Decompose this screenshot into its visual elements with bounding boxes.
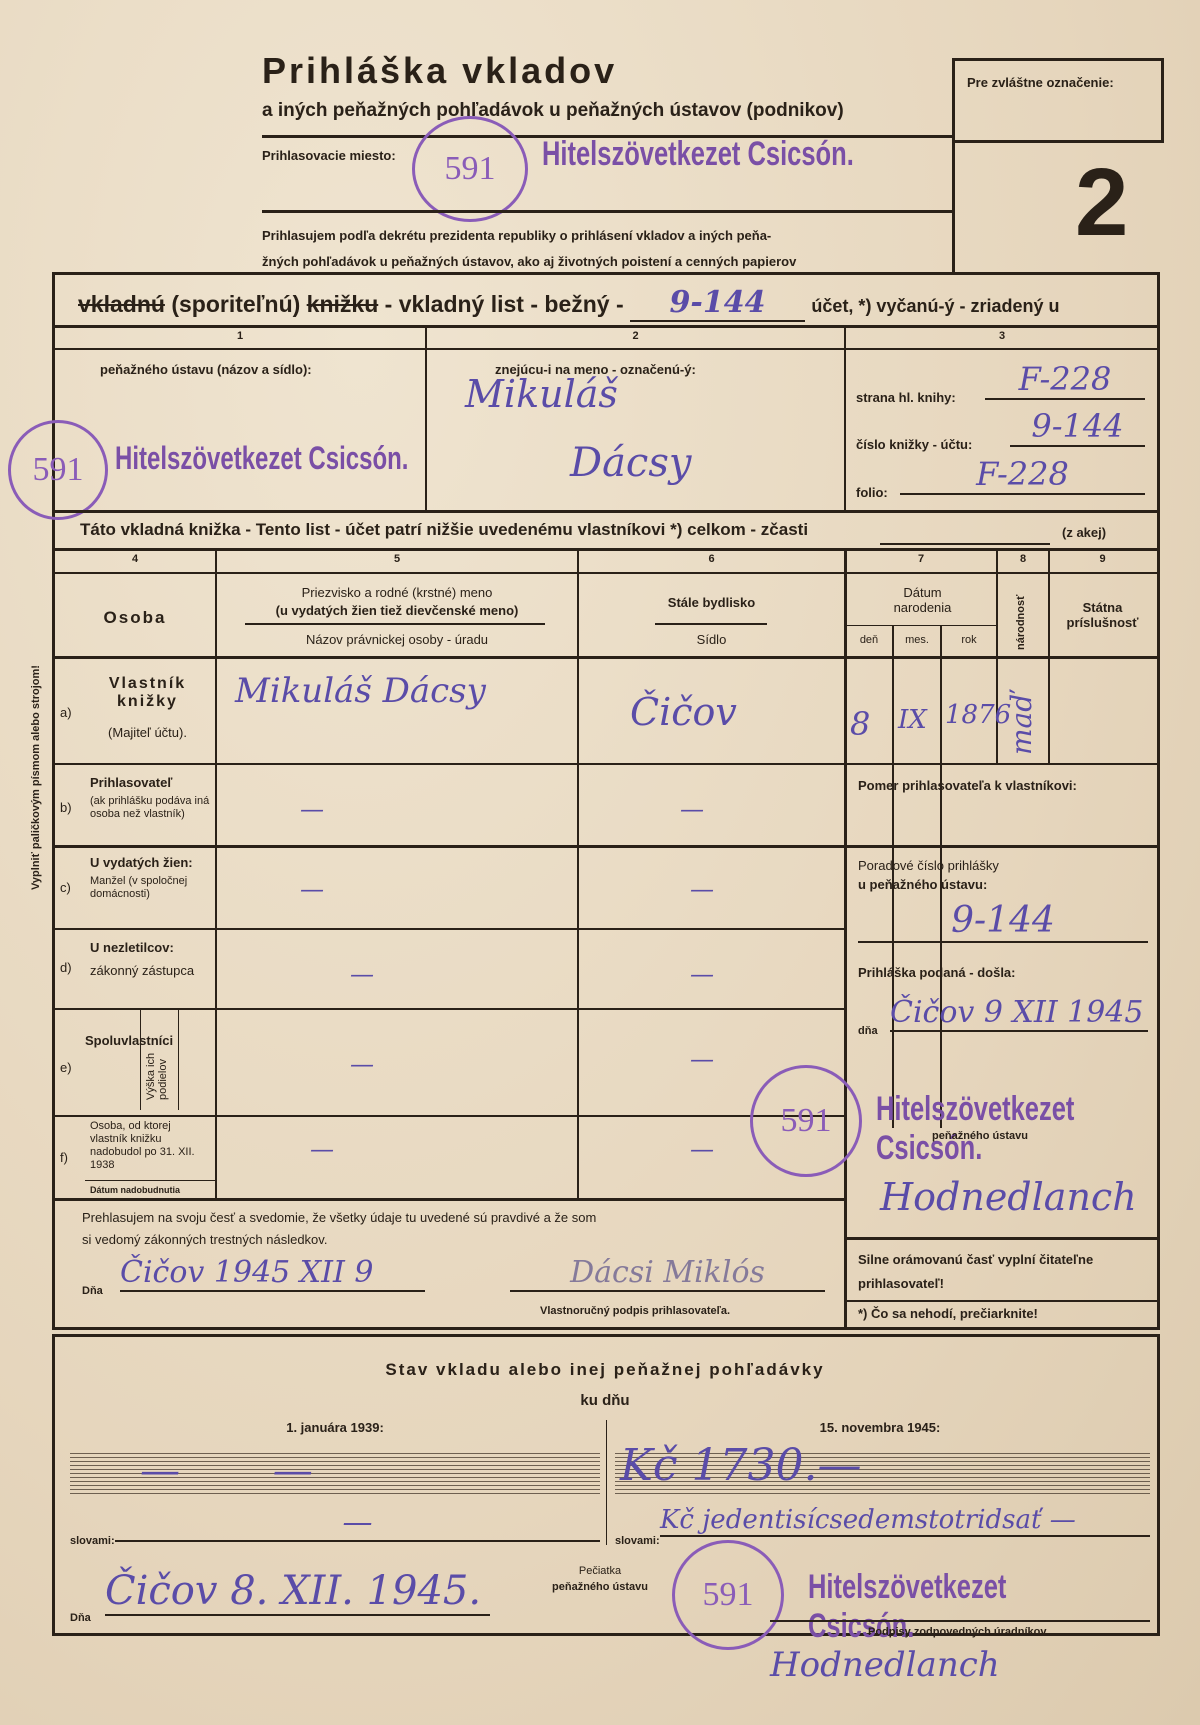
right-stamp-text: Hitelszövetkezet Csicsón. bbox=[876, 1090, 1119, 1168]
official-signature[interactable]: Hodnedlanch bbox=[880, 1175, 1137, 1219]
amount-left-value: — — bbox=[140, 1448, 353, 1494]
coowner-name-field[interactable]: — bbox=[350, 1050, 374, 1078]
header-name-line2: (u vydatých žien tiež dievčenské meno) bbox=[217, 603, 577, 618]
header-month: mes. bbox=[894, 634, 940, 646]
stamp-circle: 591 bbox=[412, 116, 528, 222]
divider bbox=[55, 325, 1158, 328]
divider bbox=[606, 1420, 607, 1545]
divider bbox=[55, 656, 1158, 659]
divider bbox=[655, 623, 767, 625]
divider bbox=[85, 1180, 215, 1181]
struck-text: vkladnú bbox=[78, 291, 165, 317]
nationality-field[interactable]: maď bbox=[1005, 665, 1038, 755]
row-label-applicant: Prihlasovateľ bbox=[90, 775, 215, 790]
officials-caption: Podpisy zodpovedných úradníkov bbox=[868, 1626, 1046, 1638]
form-subtitle: a iných peňažných pohľadávok u peňažných… bbox=[262, 100, 844, 122]
row-letter: e) bbox=[60, 1060, 72, 1075]
stamp-circle: 591 bbox=[672, 1540, 784, 1650]
column-number: 4 bbox=[55, 553, 215, 565]
ledger-book-field[interactable]: 9-144 bbox=[1010, 407, 1145, 447]
row-letter: f) bbox=[60, 1150, 68, 1165]
acquisition-date-label: Dátum nadobudnutia bbox=[90, 1185, 180, 1195]
header-birth-date: Dátum narodenia bbox=[880, 585, 965, 615]
side-note: Vyplniť paličkovým písmom alebo strojom! bbox=[30, 530, 42, 890]
ledger-page-field[interactable]: F-228 bbox=[985, 360, 1145, 400]
footnote: *) Čo sa nehodí, prečiarknite! bbox=[858, 1306, 1038, 1321]
applicant-signature[interactable]: Dácsi Miklós bbox=[510, 1255, 825, 1292]
spouse-residence-field[interactable]: — bbox=[690, 875, 714, 903]
row-sublabel-spouse: Manžel (v spoločnej domácnosti) bbox=[90, 875, 208, 901]
divider bbox=[178, 1010, 179, 1110]
affirmation-date-field[interactable]: Čičov 1945 XII 9 bbox=[120, 1255, 425, 1292]
divider bbox=[140, 1010, 141, 1110]
row-letter: b) bbox=[60, 800, 72, 815]
divider bbox=[55, 763, 1158, 765]
column-number: 6 bbox=[579, 553, 844, 565]
ledger-page-label: strana hl. knihy: bbox=[856, 390, 956, 405]
stamp-number: 591 bbox=[445, 150, 496, 188]
stamp-circle: 591 bbox=[8, 420, 108, 520]
ownership-suffix: (z akej) bbox=[1062, 525, 1106, 540]
account-line: vkladnú (sporiteľnú) knižku - vkladný li… bbox=[78, 285, 1060, 322]
header-name-line1: Priezvisko a rodné (krstné) meno bbox=[217, 585, 577, 600]
registration-place-label: Prihlasovacie miesto: bbox=[262, 148, 396, 163]
guardian-name-field[interactable]: — bbox=[350, 960, 374, 988]
serial-label-2: u peňažného ústavu: bbox=[858, 877, 987, 892]
row-sublabel-minor: zákonný zástupca bbox=[90, 962, 208, 979]
spouse-name-field[interactable]: — bbox=[300, 875, 324, 903]
divider bbox=[880, 543, 1050, 545]
section-number: 3 bbox=[846, 330, 1158, 342]
guardian-residence-field[interactable]: — bbox=[690, 960, 714, 988]
header-citizenship: Státna príslušnosť bbox=[1050, 600, 1155, 630]
divider bbox=[846, 1237, 1158, 1240]
relation-label: Pomer prihlasovateľa k vlastníkovi: bbox=[858, 778, 1077, 793]
column-number: 8 bbox=[998, 553, 1048, 565]
divider bbox=[844, 325, 846, 510]
stamp-caption-2: peňažného ústavu bbox=[540, 1581, 660, 1593]
struck-text: knižku bbox=[307, 291, 379, 317]
row-letter: d) bbox=[60, 960, 72, 975]
submitted-date-label: dňa bbox=[858, 1025, 878, 1037]
divider bbox=[55, 510, 1158, 513]
previous-owner-residence-field[interactable]: — bbox=[690, 1135, 714, 1163]
signature-caption: Vlastnoručný podpis prihlasovateľa. bbox=[540, 1305, 730, 1317]
stamp-number: 591 bbox=[703, 1576, 754, 1614]
divider bbox=[55, 1198, 845, 1201]
row-letter: c) bbox=[60, 880, 71, 895]
bold-note: Silne orámovanú časť vyplní čitateľne pr… bbox=[858, 1248, 1153, 1296]
stamp-caption-1: Pečiatka bbox=[540, 1565, 660, 1577]
divider bbox=[55, 1008, 845, 1010]
row-label-previous-owner: Osoba, od ktorej vlastník knižku nadobud… bbox=[90, 1120, 210, 1172]
holder-first-name[interactable]: Mikuláš bbox=[465, 372, 618, 416]
stamp-number: 591 bbox=[781, 1102, 832, 1140]
balance-date-left: 1. januára 1939: bbox=[70, 1420, 600, 1435]
owner-name-field[interactable]: Mikuláš Dácsy bbox=[235, 665, 555, 717]
divider bbox=[55, 845, 1158, 848]
divider bbox=[55, 548, 1158, 551]
header-name-line3: Názov právnickej osoby - úradu bbox=[217, 632, 577, 647]
institution-stamp-text: Hitelszövetkezet Csicsón. bbox=[115, 440, 408, 477]
header-person: Osoba bbox=[55, 608, 215, 628]
account-line-text: (sporiteľnú) bbox=[171, 291, 300, 317]
divider bbox=[55, 928, 845, 930]
balance-date-right: 15. novembra 1945: bbox=[610, 1420, 1150, 1435]
stamp-caption: peňažného ústavu bbox=[900, 1130, 1060, 1142]
section-number: 1 bbox=[55, 330, 425, 342]
applicant-residence-field[interactable]: — bbox=[680, 795, 704, 823]
account-number-field[interactable]: 9-144 bbox=[630, 285, 805, 322]
serial-label-1: Poradové číslo prihlášky bbox=[858, 858, 999, 873]
divider bbox=[55, 1115, 845, 1117]
registration-stamp-text: Hitelszövetkezet Csicsón. bbox=[542, 135, 854, 174]
special-marking-box: Pre zvláštne označenie: bbox=[952, 58, 1164, 143]
row-label-spouse: U vydatých žien: bbox=[90, 855, 215, 870]
header-nationality: národnosť bbox=[1015, 590, 1027, 650]
submitted-label: Prihláška podaná - došla: bbox=[858, 965, 1016, 980]
balance-date-field[interactable]: Čičov 8. XII. 1945. bbox=[105, 1568, 490, 1616]
divider bbox=[262, 210, 952, 213]
declaration-line-2: žných pohľadávok u peňažných ústavov, ak… bbox=[262, 254, 952, 269]
row-sublabel-owner: (Majiteľ účtu). bbox=[80, 725, 215, 740]
divider bbox=[245, 623, 545, 625]
account-line-text: účet, *) vyčanú-ý - zriadený u bbox=[811, 296, 1059, 316]
row-label-minor: U nezletilcov: bbox=[90, 940, 215, 955]
amount-right-value: Kč 1730.— bbox=[620, 1440, 861, 1491]
birth-year-field[interactable]: 1876 bbox=[945, 700, 1011, 730]
words-field-right[interactable]: Kč jedentisícsedemstotridsať — bbox=[660, 1505, 1150, 1537]
main-form-frame bbox=[52, 272, 1160, 1330]
ownership-line: Táto vkladná knižka - Tento list - účet … bbox=[80, 520, 808, 540]
divider bbox=[770, 1620, 1150, 1622]
divider bbox=[425, 325, 427, 510]
birth-month-field[interactable]: IX bbox=[898, 705, 927, 735]
applicant-name-field[interactable]: — bbox=[300, 795, 324, 823]
ledger-folio-label: folio: bbox=[856, 485, 888, 500]
affirmation-text-1: Prehlasujem na svoju česť a svedomie, že… bbox=[82, 1210, 842, 1225]
divider bbox=[846, 1300, 1158, 1302]
ledger-book-label: číslo knižky - účtu: bbox=[856, 437, 972, 452]
divider bbox=[844, 548, 847, 1328]
coowner-residence-field[interactable]: — bbox=[690, 1045, 714, 1073]
affirmation-date-label: Dňa bbox=[82, 1285, 103, 1297]
stamp-number: 591 bbox=[33, 451, 84, 489]
row-sublabel-coowners: Výška ich podielov bbox=[145, 1030, 169, 1100]
institution-label: peňažného ústavu (názov a sídlo): bbox=[100, 362, 312, 377]
declaration-line-1: Prihlasujem podľa dekrétu prezidenta rep… bbox=[262, 228, 952, 243]
header-residence: Stále bydlisko bbox=[579, 595, 844, 610]
row-label-coowners: Spoluvlastníci bbox=[85, 1030, 140, 1052]
words-label-left: slovami: bbox=[70, 1535, 115, 1547]
form-title: Prihláška vkladov bbox=[262, 50, 617, 92]
column-number: 9 bbox=[1050, 553, 1155, 565]
column-number: 7 bbox=[846, 553, 996, 565]
divider bbox=[55, 348, 1158, 350]
special-marking-label: Pre zvláštne označenie: bbox=[967, 75, 1114, 90]
row-label-owner: Vlastník knižky bbox=[80, 675, 215, 711]
document-page: Prihláška vkladov a iných peňažných pohľ… bbox=[0, 0, 1200, 1725]
form-number: 2 bbox=[1075, 148, 1128, 258]
words-label-right: slovami: bbox=[615, 1535, 660, 1547]
row-letter: a) bbox=[60, 705, 72, 720]
divider bbox=[952, 143, 955, 273]
row-sublabel-applicant: (ak prihlášku podáva iná osoba než vlast… bbox=[90, 795, 212, 821]
divider bbox=[846, 625, 996, 626]
balance-subtitle: ku dňu bbox=[55, 1392, 1155, 1409]
owner-residence-field[interactable]: Čičov bbox=[630, 690, 737, 734]
submitted-date-field[interactable]: Čičov 9 XII 1945 bbox=[890, 995, 1148, 1032]
account-line-text: - vkladný list - bežný - bbox=[385, 291, 624, 317]
header-seat: Sídlo bbox=[579, 632, 844, 647]
column-number: 5 bbox=[217, 553, 577, 565]
previous-owner-name-field[interactable]: — bbox=[310, 1135, 334, 1163]
birth-day-field[interactable]: 8 bbox=[850, 705, 870, 743]
header-year: rok bbox=[942, 634, 996, 646]
serial-number-field[interactable]: 9-144 bbox=[858, 900, 1148, 943]
header-day: deň bbox=[846, 634, 892, 646]
official-signature-bottom[interactable]: Hodnedlanch bbox=[770, 1645, 1000, 1685]
ledger-folio-field[interactable]: F-228 bbox=[900, 455, 1145, 495]
divider bbox=[55, 572, 1158, 574]
affirmation-text-2: si vedomý zákonných trestných následkov. bbox=[82, 1232, 327, 1247]
balance-date-label: Dňa bbox=[70, 1612, 91, 1624]
stamp-circle: 591 bbox=[750, 1065, 862, 1177]
balance-title: Stav vkladu alebo inej peňažnej pohľadáv… bbox=[55, 1360, 1155, 1380]
section-number: 2 bbox=[427, 330, 844, 342]
holder-last-name[interactable]: Dácsy bbox=[570, 440, 691, 486]
words-field-left[interactable]: — bbox=[115, 1505, 600, 1542]
